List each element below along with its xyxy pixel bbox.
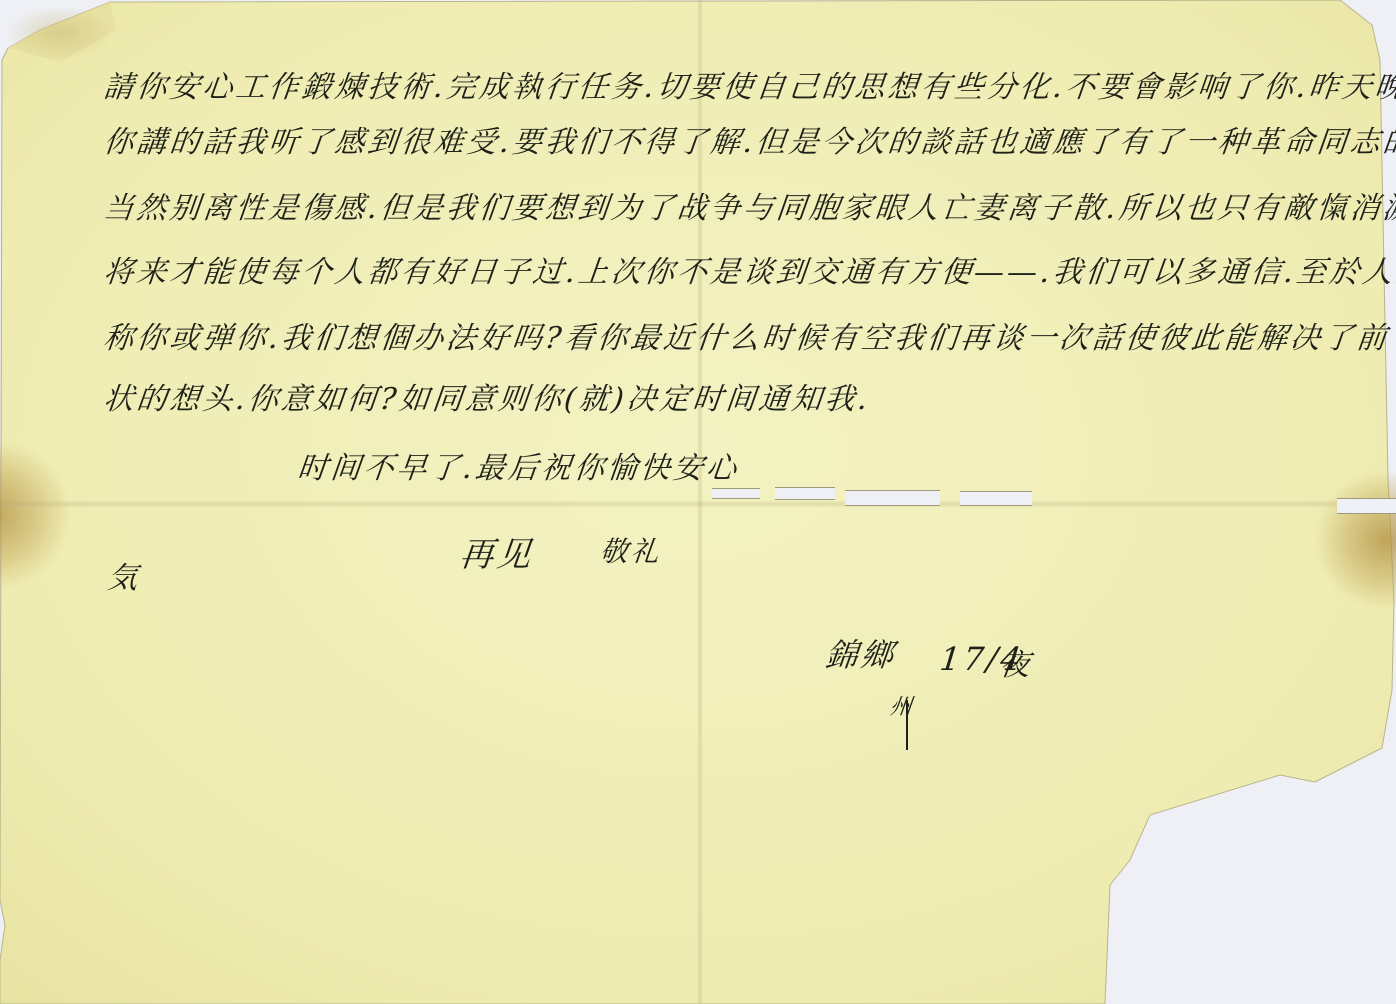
letter-line-6: 状的想头.你意如何?如同意则你(就)决定时间通知我. bbox=[102, 374, 873, 418]
horizontal-fold-crease bbox=[0, 500, 1396, 508]
margin-mark: 気 bbox=[106, 553, 144, 597]
fold-tear-5 bbox=[1337, 498, 1396, 514]
date-suffix: 夜 bbox=[998, 640, 1036, 684]
letter-line-5: 称你或弹你.我们想個办法好吗?看你最近什么时候有空我们再谈一次話使彼此能解决了前 bbox=[102, 313, 1392, 357]
fold-tear-3 bbox=[845, 490, 940, 506]
signature-stroke bbox=[906, 700, 908, 750]
closing-salutation-right: 敬礼 bbox=[598, 530, 664, 570]
sender-signature: 錦鄉 bbox=[824, 630, 899, 676]
letter-line-2: 你講的話我听了感到很难受.要我们不得了解.但是今次的談話也適應了有了一种革命同志… bbox=[102, 117, 1396, 161]
closing-salutation-left: 再见 bbox=[457, 527, 536, 576]
letter-line-3: 当然别离性是傷感.但是我们要想到为了战争与同胞家眼人亡妻离子散.所以也只有敵愾消… bbox=[102, 183, 1396, 227]
letter-line-4: 将来才能使每个人都有好日子过.上次你不是谈到交通有方便——.我们可以多通信.至於… bbox=[102, 247, 1396, 291]
letter-closing: 时间不早了.最后祝你愉快安心 bbox=[296, 443, 742, 487]
letter-line-1: 請你安心工作鍛煉技術.完成執行任务.切要使自己的思想有些分化.不要會影响了你.昨… bbox=[102, 62, 1396, 106]
fold-tear-1 bbox=[712, 488, 760, 499]
sender-signature-sub: 州 bbox=[888, 690, 916, 721]
scanned-letter: 請你安心工作鍛煉技術.完成執行任务.切要使自己的思想有些分化.不要會影响了你.昨… bbox=[0, 0, 1396, 1004]
fold-tear-2 bbox=[775, 487, 835, 500]
fold-tear-4 bbox=[960, 491, 1032, 506]
